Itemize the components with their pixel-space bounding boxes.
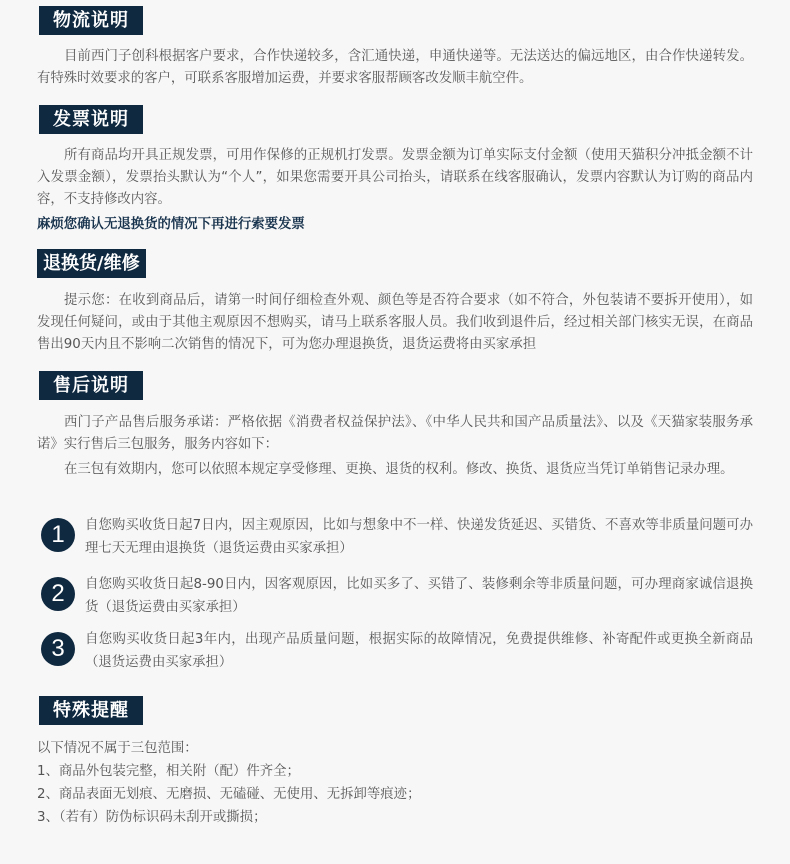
section-title-special: 特殊提醒 — [39, 696, 143, 725]
returns-body: 提示您：在收到商品后，请第一时间仔细检查外观、颜色等是否符合要求（如不符合，外包… — [37, 290, 753, 356]
number-3-icon: 3 — [41, 632, 75, 666]
special-line-2: 2、商品表面无划痕、无磨损、无磕碰、无使用、无拆卸等痕迹； — [37, 783, 420, 806]
section-title-returns: 退换货/维修 — [37, 249, 146, 278]
number-1-icon: 1 — [41, 518, 75, 552]
logistics-body: 目前西门子创科根据客户要求，合作快递较多，含汇通快递，申通快递等。无法送达的偏远… — [37, 46, 753, 90]
section-title-logistics: 物流说明 — [39, 6, 143, 35]
special-intro: 以下情况不属于三包范围： — [37, 737, 198, 760]
warranty-item-1-text: 自您购买收货日起7日内，因主观原因，比如与想象中不一样、快递发货延迟、买错货、不… — [85, 514, 753, 560]
warranty-item-2-text: 自您购买收货日起8-90日内，因客观原因，比如买多了、买错了、装修剩余等非质量问… — [85, 573, 753, 619]
section-title-after-sales: 售后说明 — [39, 371, 143, 400]
special-line-3: 3、（若有）防伪标识码未刮开或撕损； — [37, 806, 266, 829]
after-sales-body-2: 在三包有效期内，您可以依照本规定享受修理、更换、退货的权利。修改、换货、退货应当… — [37, 459, 753, 481]
special-line-1: 1、商品外包装完整，相关附（配）件齐全； — [37, 760, 300, 783]
after-sales-body-1: 西门子产品售后服务承诺：严格依据《消费者权益保护法》、《中华人民共和国产品质量法… — [37, 412, 753, 456]
warranty-item-3-text: 自您购买收货日起3年内，出现产品质量问题，根据实际的故障情况，免费提供维修、补寄… — [85, 628, 753, 674]
invoice-body: 所有商品均开具正规发票，可用作保修的正规机打发票。发票金额为订单实际支付金额（使… — [37, 145, 753, 211]
number-2-icon: 2 — [41, 577, 75, 611]
section-title-invoice: 发票说明 — [39, 105, 143, 134]
invoice-notice: 麻烦您确认无退换货的情况下再进行索要发票 — [37, 214, 753, 236]
